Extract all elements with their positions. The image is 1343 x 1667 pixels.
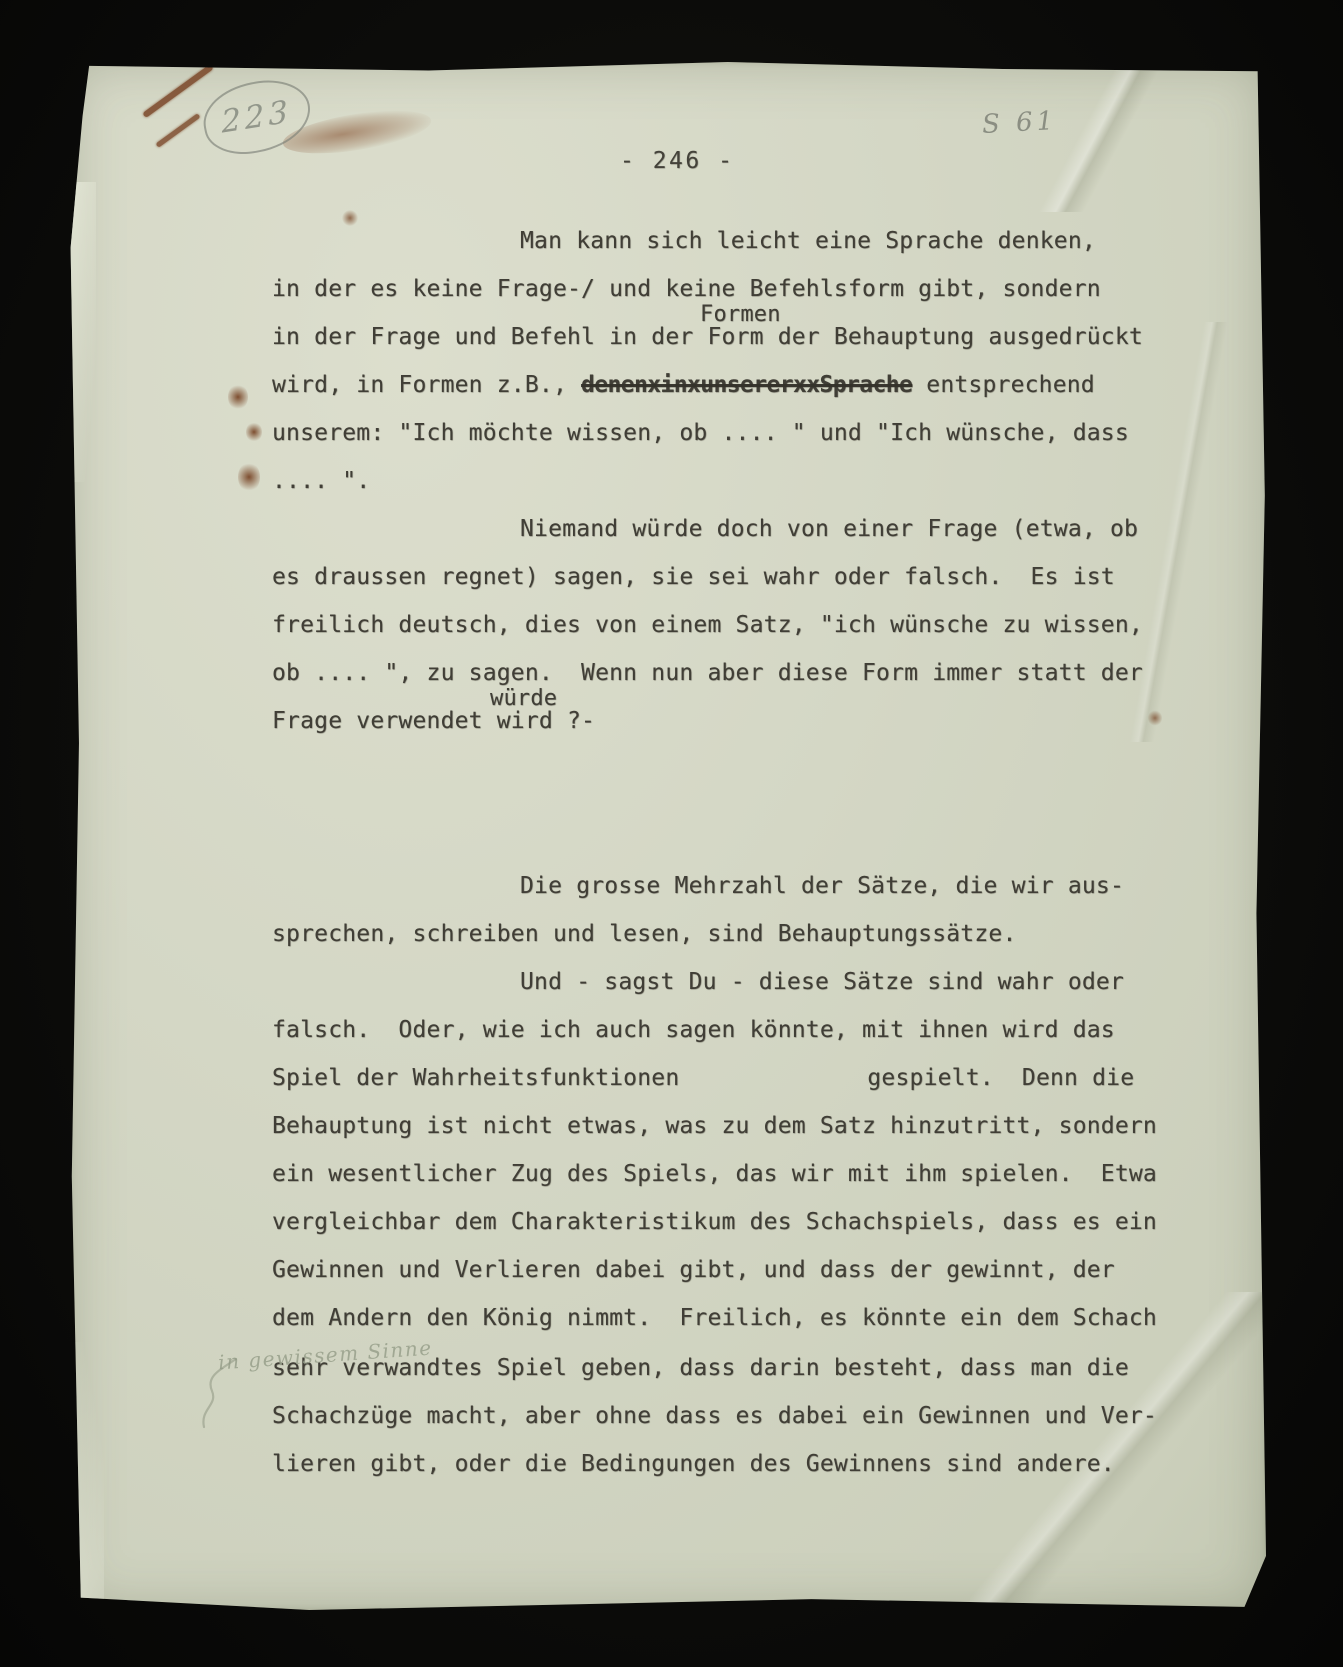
typed-line: ob .... ", zu sagen. Wenn nun aber diese…: [272, 660, 1143, 686]
paper-fold: [70, 182, 96, 482]
ink-spot: [1148, 710, 1162, 726]
typed-line: lieren gibt, oder die Bedingungen des Ge…: [272, 1451, 1115, 1477]
strikethrough-text: denenxinxunsererxxSprache: [581, 372, 912, 398]
typed-line: Die grosse Mehrzahl der Sätze, die wir a…: [520, 873, 1124, 899]
typed-line: unserem: "Ich möchte wissen, ob .... " u…: [272, 420, 1129, 446]
ink-smudge: [142, 64, 213, 118]
pencil-number: 223: [221, 93, 293, 140]
typed-line: es draussen regnet) sagen, sie sei wahr …: [272, 564, 1115, 590]
ink-smudge: [155, 113, 200, 148]
typed-line: falsch. Oder, wie ich auch sagen könnte,…: [272, 1017, 1115, 1043]
typed-line: wird, in Formen z.B., denenxinxunsererxx…: [272, 372, 1095, 398]
typed-line: sprechen, schreiben und lesen, sind Beha…: [272, 921, 1017, 947]
typed-text: gespielt. Denn die: [867, 1065, 1134, 1091]
paper-fold: [70, 1342, 104, 1602]
typed-text: entsprechend: [912, 372, 1095, 398]
typed-line: freilich deutsch, dies von einem Satz, "…: [272, 612, 1143, 638]
page-number: - 246 -: [620, 148, 734, 174]
typed-line: Gewinnen und Verlieren dabei gibt, und d…: [272, 1257, 1115, 1283]
typed-line: Behauptung ist nicht etwas, was zu dem S…: [272, 1113, 1157, 1139]
typed-line: Und - sagst Du - diese Sätze sind wahr o…: [520, 969, 1124, 995]
ink-spot: [342, 210, 358, 226]
typed-line: in der Frage und Befehl in der Form der …: [272, 324, 1143, 350]
typed-line: in der es keine Frage-/ und keine Befehl…: [272, 276, 1101, 302]
ink-spot: [228, 384, 248, 410]
ink-spot: [238, 462, 260, 492]
typed-line: Frage verwendet wird ?-: [272, 708, 595, 734]
typed-line: .... ".: [272, 468, 370, 494]
pencil-mark-shelfmark: S 61: [981, 106, 1058, 140]
typed-line: Schachzüge macht, aber ohne dass es dabe…: [272, 1403, 1157, 1429]
typed-line: Niemand würde doch von einer Frage (etwa…: [520, 516, 1138, 542]
typed-line: dem Andern den König nimmt. Freilich, es…: [272, 1305, 1157, 1331]
typed-text: wird, in Formen z.B.,: [272, 372, 581, 398]
document-page: 223 S 61 - 246 - Man kann sich leicht ei…: [70, 62, 1266, 1610]
typed-line: Man kann sich leicht eine Sprache denken…: [520, 228, 1096, 254]
paper-crease: [930, 62, 1260, 212]
typed-line: ein wesentlicher Zug des Spiels, das wir…: [272, 1161, 1157, 1187]
pencil-flourish: [198, 1357, 268, 1437]
ink-spot: [246, 422, 262, 442]
scan-background: 223 S 61 - 246 - Man kann sich leicht ei…: [0, 0, 1343, 1667]
typed-text: Spiel der Wahrheitsfunktionen: [272, 1065, 679, 1091]
typed-line: vergleichbar dem Charakteristikum des Sc…: [272, 1209, 1157, 1235]
typed-line: Spiel der Wahrheitsfunktionengespielt. D…: [272, 1065, 1134, 1091]
